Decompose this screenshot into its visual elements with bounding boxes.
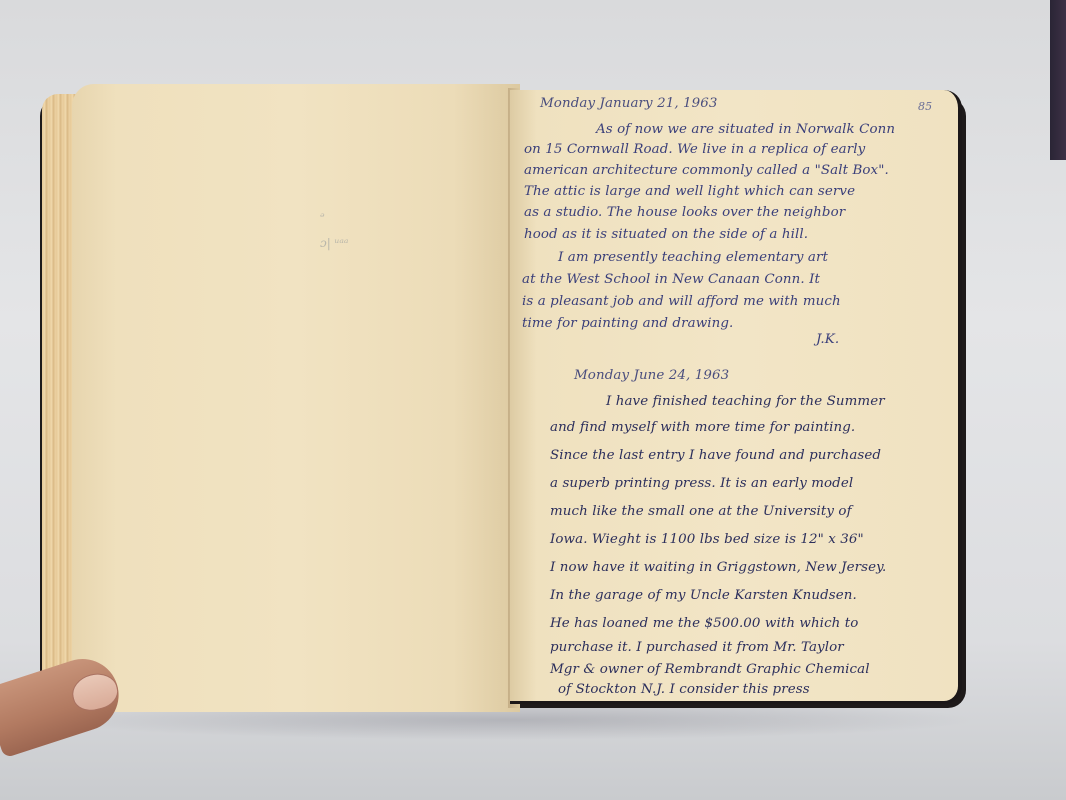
entry-line: As of now we are situated in Norwalk Con… <box>596 122 895 137</box>
entry-line: Mgr & owner of Rembrandt Graphic Chemica… <box>550 662 870 677</box>
entry-line: I am presently teaching elementary art <box>558 250 828 265</box>
faint-bleed-through-marks: ᵊ ɔ| ᵘᵃᵃ <box>320 204 348 256</box>
entry-line: time for painting and drawing. <box>522 316 733 331</box>
entry-line: much like the small one at the Universit… <box>550 504 852 519</box>
entry-line: hood as it is situated on the side of a … <box>524 227 808 242</box>
entry-line: and find myself with more time for paint… <box>550 420 855 435</box>
photo-scene: ᵊ ɔ| ᵘᵃᵃ 85 Monday January 21, 1963 As o… <box>0 0 1066 800</box>
faint-mark: ɔ| ᵘᵃᵃ <box>320 230 348 256</box>
entry-date: Monday January 21, 1963 <box>540 96 718 111</box>
entry-line: Iowa. Wieght is 1100 lbs bed size is 12"… <box>550 532 864 547</box>
entry-line: on 15 Cornwall Road. We live in a replic… <box>524 142 865 157</box>
faint-mark: ᵊ <box>320 204 348 230</box>
entry-line: He has loaned me the $500.00 with which … <box>550 616 858 631</box>
entry-line: purchase it. I purchased it from Mr. Tay… <box>550 640 844 655</box>
entry-line: as a studio. The house looks over the ne… <box>524 205 845 220</box>
background-dark-object <box>1050 0 1066 160</box>
entry-line: I have finished teaching for the Summer <box>606 394 885 409</box>
signature: J.K. <box>816 332 839 347</box>
entry-line: Since the last entry I have found and pu… <box>550 448 881 463</box>
open-journal: ᵊ ɔ| ᵘᵃᵃ 85 Monday January 21, 1963 As o… <box>34 84 968 716</box>
entry-line: I now have it waiting in Griggstown, New… <box>550 560 886 575</box>
entry-date: Monday June 24, 1963 <box>574 368 729 383</box>
page-number: 85 <box>918 100 932 113</box>
right-page: 85 Monday January 21, 1963 As of now we … <box>510 90 962 704</box>
entry-line: at the West School in New Canaan Conn. I… <box>522 272 820 287</box>
entry-line: american architecture commonly called a … <box>524 163 889 178</box>
entry-line: a superb printing press. It is an early … <box>550 476 853 491</box>
left-page: ᵊ ɔ| ᵘᵃᵃ <box>72 84 520 712</box>
entry-line: The attic is large and well light which … <box>524 184 855 199</box>
entry-line: of Stockton N.J. I consider this press <box>558 682 810 697</box>
entry-line: In the garage of my Uncle Karsten Knudse… <box>550 588 857 603</box>
entry-line: is a pleasant job and will afford me wit… <box>522 294 841 309</box>
